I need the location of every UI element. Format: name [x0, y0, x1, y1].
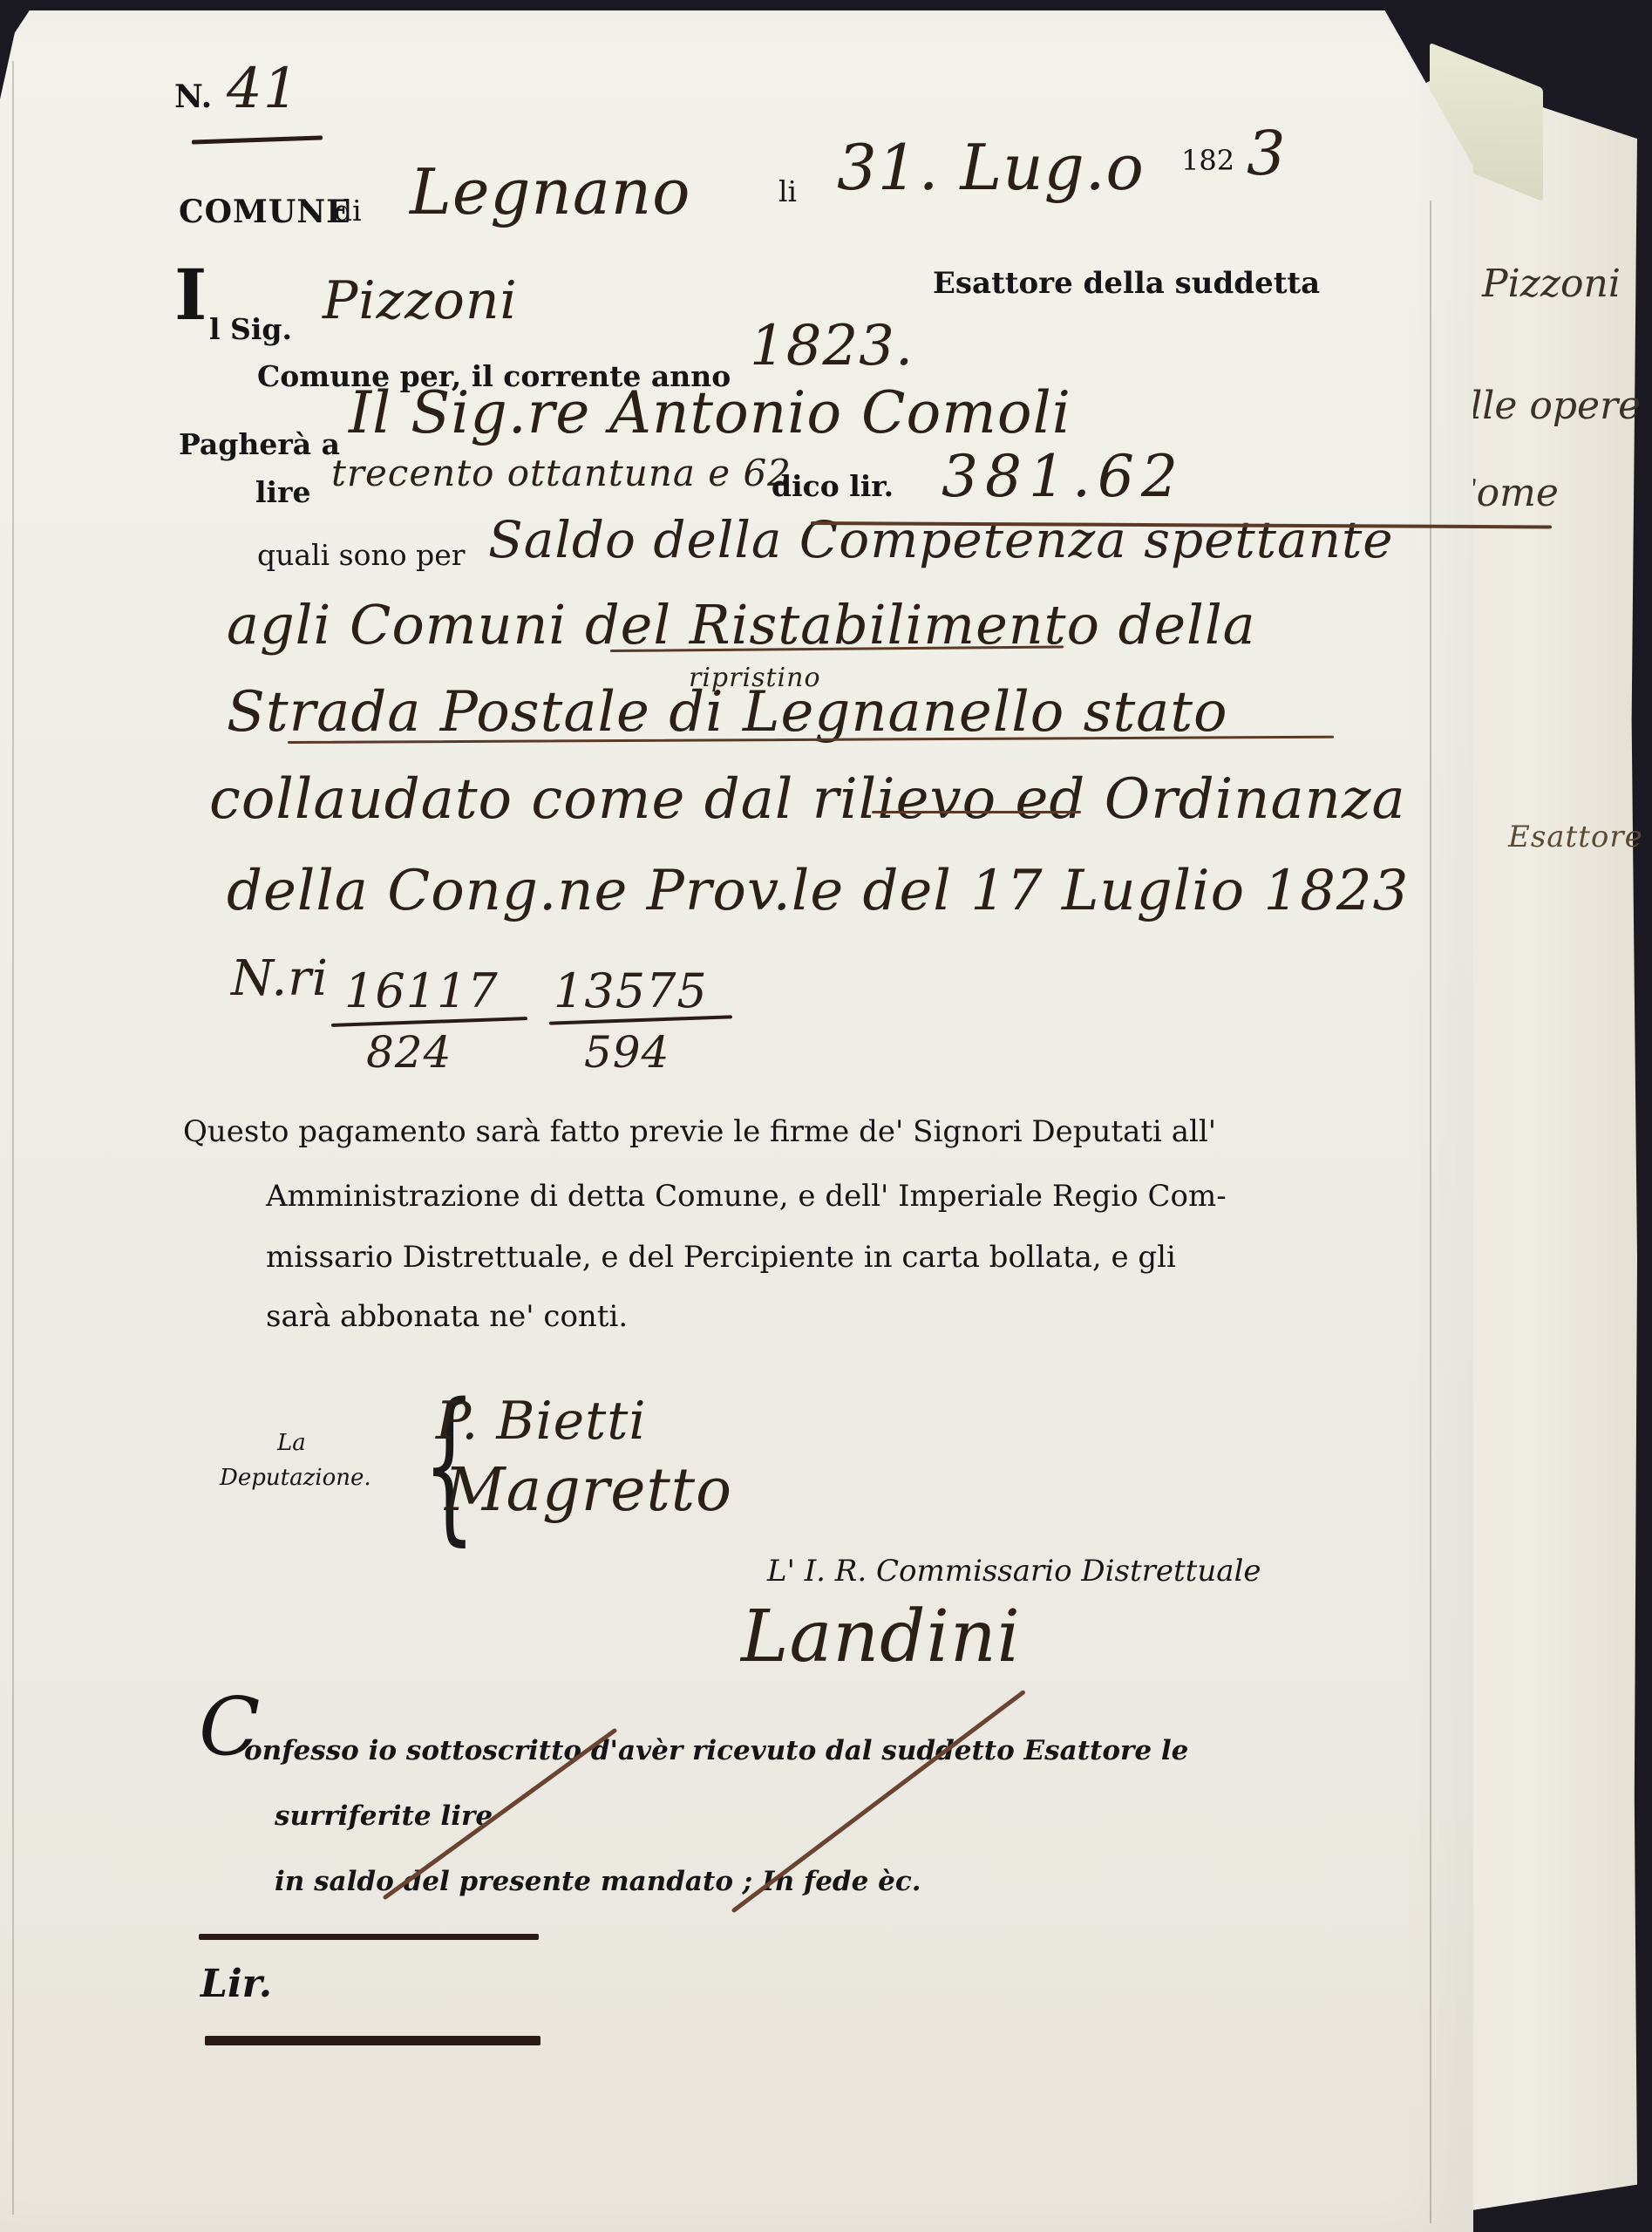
esattore-label: Esattore della suddetta: [933, 266, 1320, 301]
clause-line-2: Amministrazione di detta Comune, e dell'…: [266, 1179, 1227, 1214]
comune-name: Legnano: [410, 155, 691, 228]
rule-bottom: [205, 2036, 540, 2045]
rule-top: [199, 1934, 539, 1940]
date-value: 31. Lug.o: [837, 131, 1145, 204]
deputazione-signature-2: Magretto: [445, 1456, 732, 1525]
protocol-a-top: 16117: [344, 963, 499, 1018]
year-handwritten: 3: [1247, 118, 1287, 189]
clause-line-4: sarà abbonata ne' conti.: [266, 1299, 628, 1334]
fold-line: [1430, 201, 1431, 2223]
deputazione-label-1: La: [277, 1430, 306, 1456]
body-line-3: Strada Postale di Legnanello stato: [227, 680, 1228, 745]
body-line-1: Saldo della Competenza spettante: [488, 510, 1394, 569]
receipt-line-1: onfesso io sottoscritto d'avèr ricevuto …: [244, 1735, 1188, 1766]
protocol-b-top: 13575: [554, 963, 708, 1018]
back-sheet-line: alle opere: [1447, 384, 1641, 428]
dico-label: dico lir.: [772, 469, 894, 503]
receipt-line-3: in saldo del presente mandato ; In fede …: [275, 1866, 921, 1897]
number-value: 41: [227, 57, 299, 121]
sig-label: l Sig.: [209, 312, 292, 346]
back-sheet-line: Pizzoni: [1482, 262, 1621, 306]
comune-di-label: di: [334, 194, 362, 228]
deputazione-label-2: Deputazione.: [220, 1465, 371, 1491]
margin-note: Esattore: [1508, 820, 1643, 854]
fold-line: [12, 61, 14, 2215]
lir-label: Lir.: [201, 1962, 272, 2006]
quali-label: quali sono per: [257, 538, 466, 572]
big-initial: I: [174, 260, 207, 330]
comune-label: COMUNE: [179, 194, 351, 230]
commissario-signature: Landini: [741, 1596, 1021, 1678]
ink-line: [872, 811, 1081, 813]
lire-amount: 381.62: [942, 443, 1185, 510]
clause-line-1: Questo pagamento sarà fatto previe le fi…: [183, 1114, 1216, 1149]
paghera-value: Il Sig.re Antonio Comoli: [349, 379, 1071, 446]
anno-value: 1823.: [750, 314, 914, 378]
receipt-line-2: surriferite lire: [275, 1800, 493, 1832]
protocol-a-bottom: 824: [366, 1027, 452, 1078]
year-printed: 182: [1181, 144, 1234, 177]
lire-label: lire: [255, 475, 310, 509]
paghera-label: Pagherà a: [179, 427, 340, 461]
deputazione-signature-1: P. Bietti: [436, 1391, 647, 1452]
body-line-5: della Cong.ne Prov.le del 17 Luglio 1823: [227, 859, 1409, 923]
commissario-label: L' I. R. Commissario Distrettuale: [767, 1554, 1261, 1589]
clause-line-3: missario Distrettuale, e del Percipiente…: [266, 1240, 1176, 1275]
protocol-prefix: N.ri: [231, 950, 329, 1007]
lire-words: trecento ottantuna e 62: [331, 452, 792, 494]
number-label: N.: [174, 78, 212, 115]
sig-value: Pizzoni: [323, 270, 518, 331]
body-line-2: agli Comuni del Ristabilimento della: [227, 593, 1256, 657]
protocol-b-bottom: 594: [584, 1027, 670, 1078]
body-line-4: collaudato come dal rilievo ed Ordinanza: [209, 767, 1406, 832]
date-li-label: li: [778, 174, 797, 208]
